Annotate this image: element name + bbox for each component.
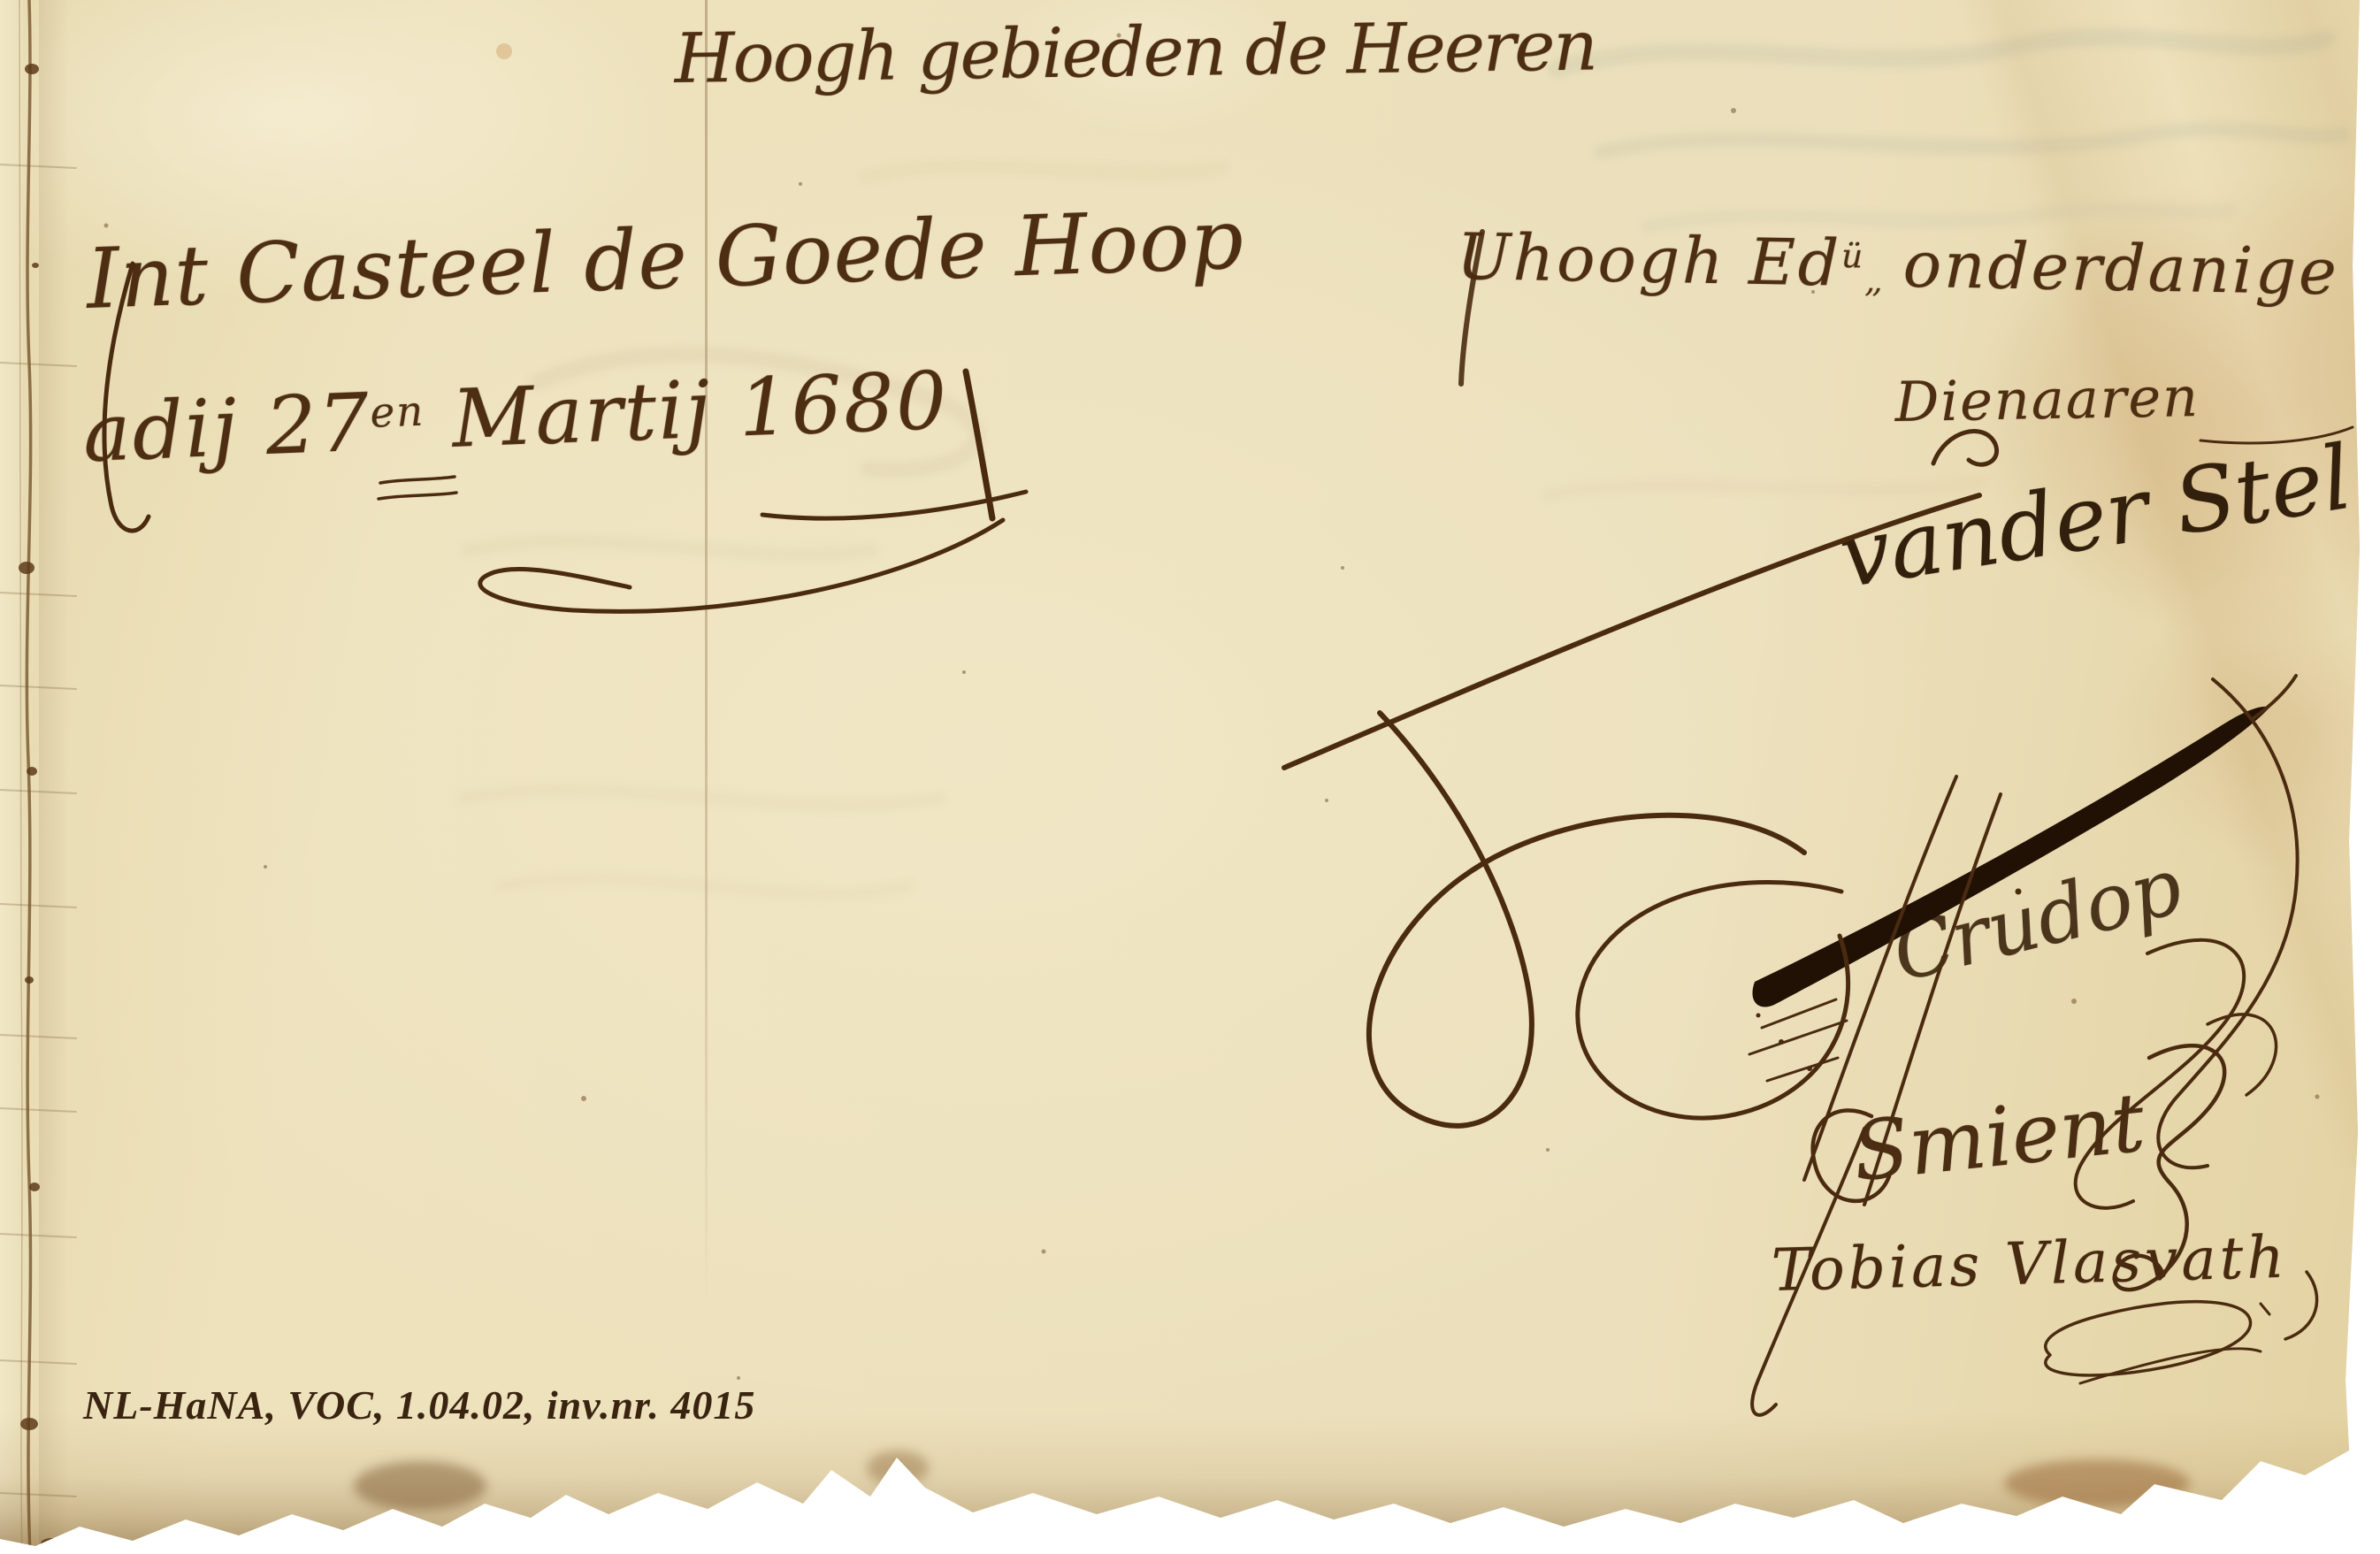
edge-smudge: [354, 1461, 486, 1511]
signature-van-der-stel: vander Stel: [1833, 425, 2358, 609]
seam-ink-blobs: [19, 64, 62, 1549]
date-ordinal-superscript: en: [369, 387, 425, 437]
signature-smient: Smient: [1848, 1075, 2149, 1199]
dateline-date: adij 27en Martij 1680: [81, 354, 950, 480]
signature-vlasvath: Tobias Vlasvath: [1771, 1223, 2289, 1305]
signature-crudop: Crudop: [1884, 840, 2191, 999]
page-heading: Hoogh gebieden de Heeren: [674, 6, 1596, 99]
binding-seam-shadow: [39, 0, 69, 1554]
paper-sheet: Hoogh gebieden de Heeren Int Casteel de …: [0, 0, 2380, 1554]
vertical-fold-crease: [705, 0, 708, 1309]
closing-prefix: Uhoogh Ed: [1457, 219, 1842, 301]
binding-seam: [19, 0, 31, 1554]
closing-abbrev-ticks: ,,: [1864, 264, 1880, 300]
edge-smudge: [867, 1451, 929, 1486]
edge-smudge: [2004, 1459, 2190, 1507]
closing-abbrev-superscript: ü: [1841, 236, 1866, 275]
date-prefix: adij 27: [81, 377, 372, 480]
closing-suffix: onderdanige: [1879, 226, 2339, 309]
scanned-manuscript-page: Hoogh gebieden de Heeren Int Casteel de …: [0, 0, 2380, 1554]
closing-salutation: Uhoogh Edü,, onderdanige: [1457, 219, 2340, 309]
torn-edge-discoloration: [0, 1412, 2380, 1554]
dateline-place: Int Casteel de Goede Hoop: [85, 191, 1246, 328]
chain-lines: [0, 165, 76, 1497]
binding-margin: [0, 0, 23, 1554]
archive-caption: NL-HaNA, VOC, 1.04.02, inv.nr. 4015: [83, 1382, 755, 1428]
date-suffix: Martij 1680: [424, 354, 951, 467]
closing-servants-word: Dienaaren: [1894, 364, 2200, 434]
